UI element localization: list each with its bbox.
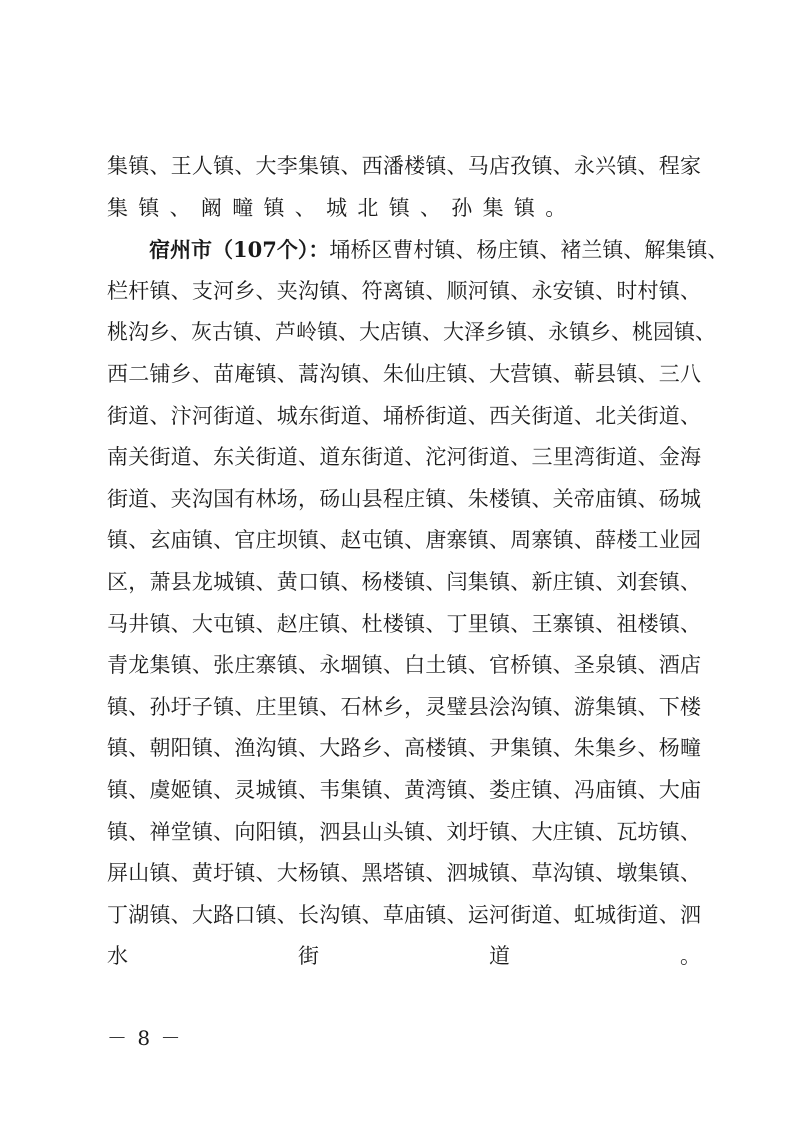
text-line: 青龙集镇、张庄寨镇、永堌镇、白土镇、官桥镇、圣泉镇、酒店 bbox=[107, 645, 701, 687]
text-line: 栏杆镇、支河乡、夹沟镇、符离镇、顺河镇、永安镇、时村镇、 bbox=[107, 271, 701, 313]
document-page: 集镇、王人镇、大李集镇、西潘楼镇、马店孜镇、永兴镇、程家 集镇、阚疃镇、城北镇、… bbox=[0, 0, 793, 1122]
text-line: 镇、禅堂镇、向阳镇，泗县山头镇、刘圩镇、大庄镇、瓦坊镇、 bbox=[107, 812, 701, 854]
text-line: 西二铺乡、苗庵镇、蒿沟镇、朱仙庄镇、大营镇、蕲县镇、三八 bbox=[107, 354, 701, 396]
text-line: 镇、孙圩子镇、庄里镇、石林乡，灵璧县浍沟镇、游集镇、下楼 bbox=[107, 687, 701, 729]
page-number: － 8 － bbox=[107, 1022, 182, 1051]
text-line: 镇、朝阳镇、渔沟镇、大路乡、高楼镇、尹集镇、朱集乡、杨疃 bbox=[107, 728, 701, 770]
text-line: 南关街道、东关街道、道东街道、沱河街道、三里湾街道、金海 bbox=[107, 437, 701, 479]
text-line: 屏山镇、黄圩镇、大杨镇、黑塔镇、泗城镇、草沟镇、墩集镇、 bbox=[107, 853, 701, 895]
text-line: 桃沟乡、灰古镇、芦岭镇、大店镇、大泽乡镇、永镇乡、桃园镇、 bbox=[107, 312, 701, 354]
text-line: 马井镇、大屯镇、赵庄镇、杜楼镇、丁里镇、王寨镇、祖楼镇、 bbox=[107, 604, 701, 646]
text-line: 镇、玄庙镇、官庄坝镇、赵屯镇、唐寨镇、周寨镇、薛楼工业园 bbox=[107, 520, 701, 562]
text-line: 丁湖镇、大路口镇、长沟镇、草庙镇、运河街道、虹城街道、泗 bbox=[107, 895, 701, 937]
text-span: 埇桥区曹村镇、杨庄镇、褚兰镇、解集镇、 bbox=[329, 238, 728, 262]
text-line: 水街道。 bbox=[107, 936, 701, 978]
text-line: 区，萧县龙城镇、黄口镇、杨楼镇、闫集镇、新庄镇、刘套镇、 bbox=[107, 562, 701, 604]
text-line: 集镇、王人镇、大李集镇、西潘楼镇、马店孜镇、永兴镇、程家 bbox=[107, 146, 701, 188]
text-line: 街道、夹沟国有林场，砀山县程庄镇、朱楼镇、关帝庙镇、砀城 bbox=[107, 479, 701, 521]
text-line: 集镇、阚疃镇、城北镇、孙集镇。 bbox=[107, 188, 701, 230]
body-text: 集镇、王人镇、大李集镇、西潘楼镇、马店孜镇、永兴镇、程家 集镇、阚疃镇、城北镇、… bbox=[107, 146, 701, 1019]
text-line: 街道、汴河街道、城东街道、埇桥街道、西关街道、北关街道、 bbox=[107, 396, 701, 438]
text-line bbox=[107, 978, 701, 1020]
paragraph-heading-line: 宿州市（107个）：埇桥区曹村镇、杨庄镇、褚兰镇、解集镇、 bbox=[107, 229, 701, 271]
section-heading: 宿州市（107个）： bbox=[149, 237, 329, 262]
text-line: 镇、虞姬镇、灵城镇、韦集镇、黄湾镇、娄庄镇、冯庙镇、大庙 bbox=[107, 770, 701, 812]
